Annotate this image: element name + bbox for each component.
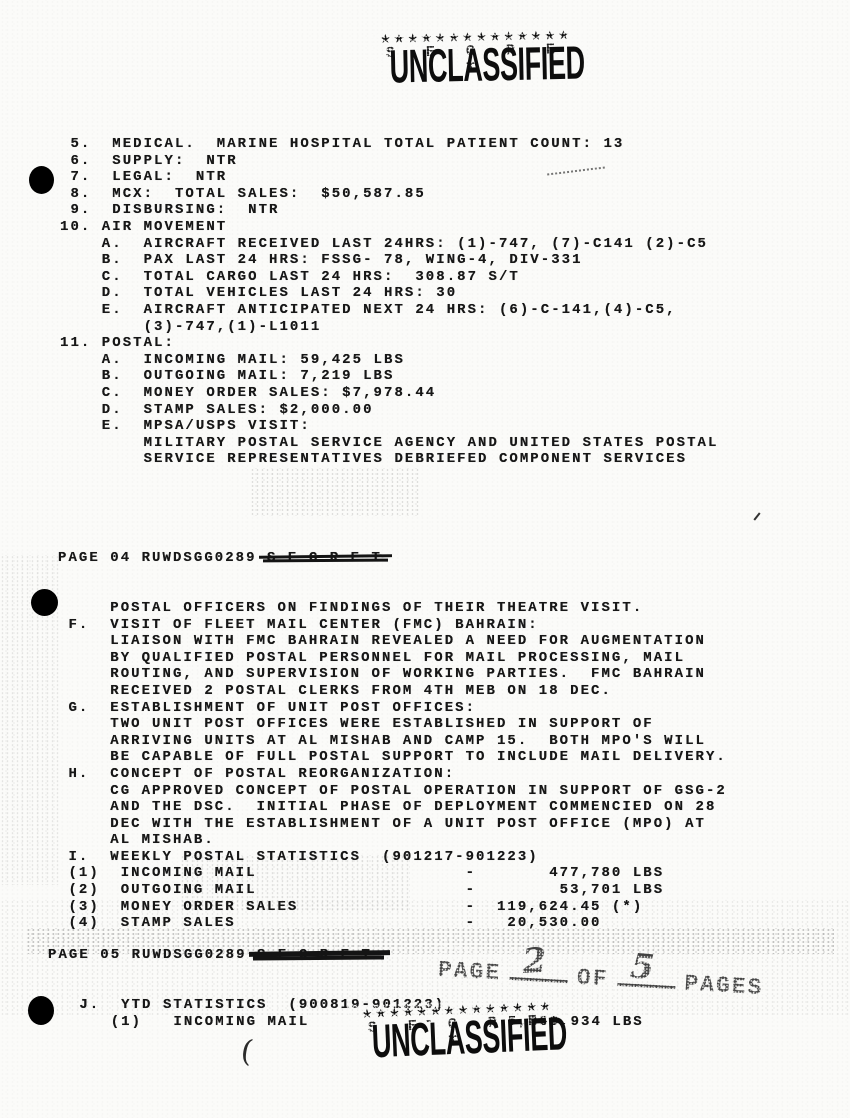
hole-punch-mark: [28, 996, 54, 1025]
total-pages-blank: 5: [617, 957, 677, 989]
document-line: AND THE DSC. INITIAL PHASE OF DEPLOYMENT…: [58, 799, 727, 816]
document-line: 11. POSTAL:: [60, 335, 718, 352]
document-line: I. WEEKLY POSTAL STATISTICS (901217-9012…: [58, 849, 727, 866]
document-line: BE CAPABLE OF FULL POSTAL SUPPORT TO INC…: [58, 749, 727, 766]
handwritten-page-number: 2: [522, 941, 548, 982]
document-line: E. AIRCRAFT ANTICIPATED NEXT 24 HRS: (6)…: [60, 302, 718, 319]
document-line: E. MPSA/USPS VISIT:: [60, 418, 718, 435]
page04-header: PAGE 04 RUWDSGG0289 S E C R E T: [58, 550, 727, 567]
document-line: 6. SUPPLY: NTR: [60, 153, 718, 170]
document-line: ROUTING, AND SUPERVISION OF WORKING PART…: [58, 666, 727, 683]
noise-patch: [250, 468, 420, 516]
of-label: OF: [576, 965, 609, 993]
hole-punch-mark: [29, 166, 54, 194]
document-line: POSTAL OFFICERS ON FINDINGS OF THEIR THE…: [58, 600, 727, 617]
pages-label: PAGES: [684, 971, 764, 1001]
page04-header-prefix: PAGE 04 RUWDSGG0289: [58, 550, 267, 566]
document-line: A. AIRCRAFT RECEIVED LAST 24HRS: (1)-747…: [60, 236, 718, 253]
unclassified-text: UNCLASSIFIED: [371, 1009, 568, 1065]
pen-tick-mark: [753, 512, 760, 520]
document-line: AL MISHAB.: [58, 832, 727, 849]
document-line: SERVICE REPRESENTATIVES DEBRIEFED COMPON…: [60, 451, 718, 468]
page-number-blank: 2: [510, 951, 570, 983]
document-line: BY QUALIFIED POSTAL PERSONNEL FOR MAIL P…: [58, 650, 727, 667]
document-line: G. ESTABLISHMENT OF UNIT POST OFFICES:: [58, 700, 727, 717]
document-line: MILITARY POSTAL SERVICE AGENCY AND UNITE…: [60, 435, 718, 452]
document-line: F. VISIT OF FLEET MAIL CENTER (FMC) BAHR…: [58, 617, 727, 634]
document-line: B. PAX LAST 24 HRS: FSSG- 78, WING-4, DI…: [60, 252, 718, 269]
document-section-2: PAGE 04 RUWDSGG0289 S E C R E T POSTAL O…: [58, 517, 727, 965]
document-line: DEC WITH THE ESTABLISHMENT OF A UNIT POS…: [58, 816, 727, 833]
document-line: C. MONEY ORDER SALES: $7,978.44: [60, 385, 718, 402]
document-line: H. CONCEPT OF POSTAL REORGANIZATION:: [58, 766, 727, 783]
document-line: TWO UNIT POST OFFICES WERE ESTABLISHED I…: [58, 716, 727, 733]
document-line: RECEIVED 2 POSTAL CLERKS FROM 4TH MEB ON…: [58, 683, 727, 700]
document-line: CG APPROVED CONCEPT OF POSTAL OPERATION …: [58, 783, 727, 800]
unclassified-text: UNCLASSIFIED: [389, 39, 585, 91]
classification-strikethrough: S E C R E T: [257, 947, 372, 964]
document-line: LIAISON WITH FMC BAHRAIN REVEALED A NEED…: [58, 633, 727, 650]
document-line: ARRIVING UNITS AT AL MISHAB AND CAMP 15.…: [58, 733, 727, 750]
unclassified-stamp-bottom: ★★★★★★★★★★★★★★ S E C R E T UNCLASSIFIED: [349, 999, 567, 1052]
document-line: (2) OUTGOING MAIL - 53,701 LBS: [58, 882, 727, 899]
document-line: D. STAMP SALES: $2,000.00: [60, 402, 718, 419]
hole-punch-mark: [31, 589, 58, 616]
classification-strikethrough: S E C R E T: [267, 550, 382, 567]
document-line: C. TOTAL CARGO LAST 24 HRS: 308.87 S/T: [60, 269, 718, 286]
document-line: 8. MCX: TOTAL SALES: $50,587.85: [60, 186, 718, 203]
document-line: 7. LEGAL: NTR: [60, 169, 718, 186]
document-line: 10. AIR MOVEMENT: [60, 219, 718, 236]
section-2-lines: POSTAL OFFICERS ON FINDINGS OF THEIR THE…: [58, 600, 727, 932]
document-line: 9. DISBURSING: NTR: [60, 202, 718, 219]
document-section-1: 5. MEDICAL. MARINE HOSPITAL TOTAL PATIEN…: [60, 136, 718, 468]
page05-header-prefix: PAGE 05 RUWDSGG0289: [48, 947, 257, 963]
document-line: D. TOTAL VEHICLES LAST 24 HRS: 30: [60, 285, 718, 302]
unclassified-stamp-top: ★★★★★★★★★★★★★★ S E C R E T UNCLASSIFIED: [368, 29, 585, 78]
document-line: (3) MONEY ORDER SALES - 119,624.45 (*): [58, 899, 727, 916]
document-line: (1) INCOMING MAIL - 477,780 LBS: [58, 865, 727, 882]
document-line: 5. MEDICAL. MARINE HOSPITAL TOTAL PATIEN…: [60, 136, 718, 153]
page-label: PAGE: [437, 957, 502, 986]
document-line: A. INCOMING MAIL: 59,425 LBS: [60, 352, 718, 369]
scanned-document-page: ★★★★★★★★★★★★★★ S E C R E T UNCLASSIFIED …: [0, 0, 850, 1118]
document-line: (3)-747,(1)-L1011: [60, 319, 718, 336]
document-line: B. OUTGOING MAIL: 7,219 LBS: [60, 368, 718, 385]
handwritten-total-pages: 5: [629, 946, 656, 988]
